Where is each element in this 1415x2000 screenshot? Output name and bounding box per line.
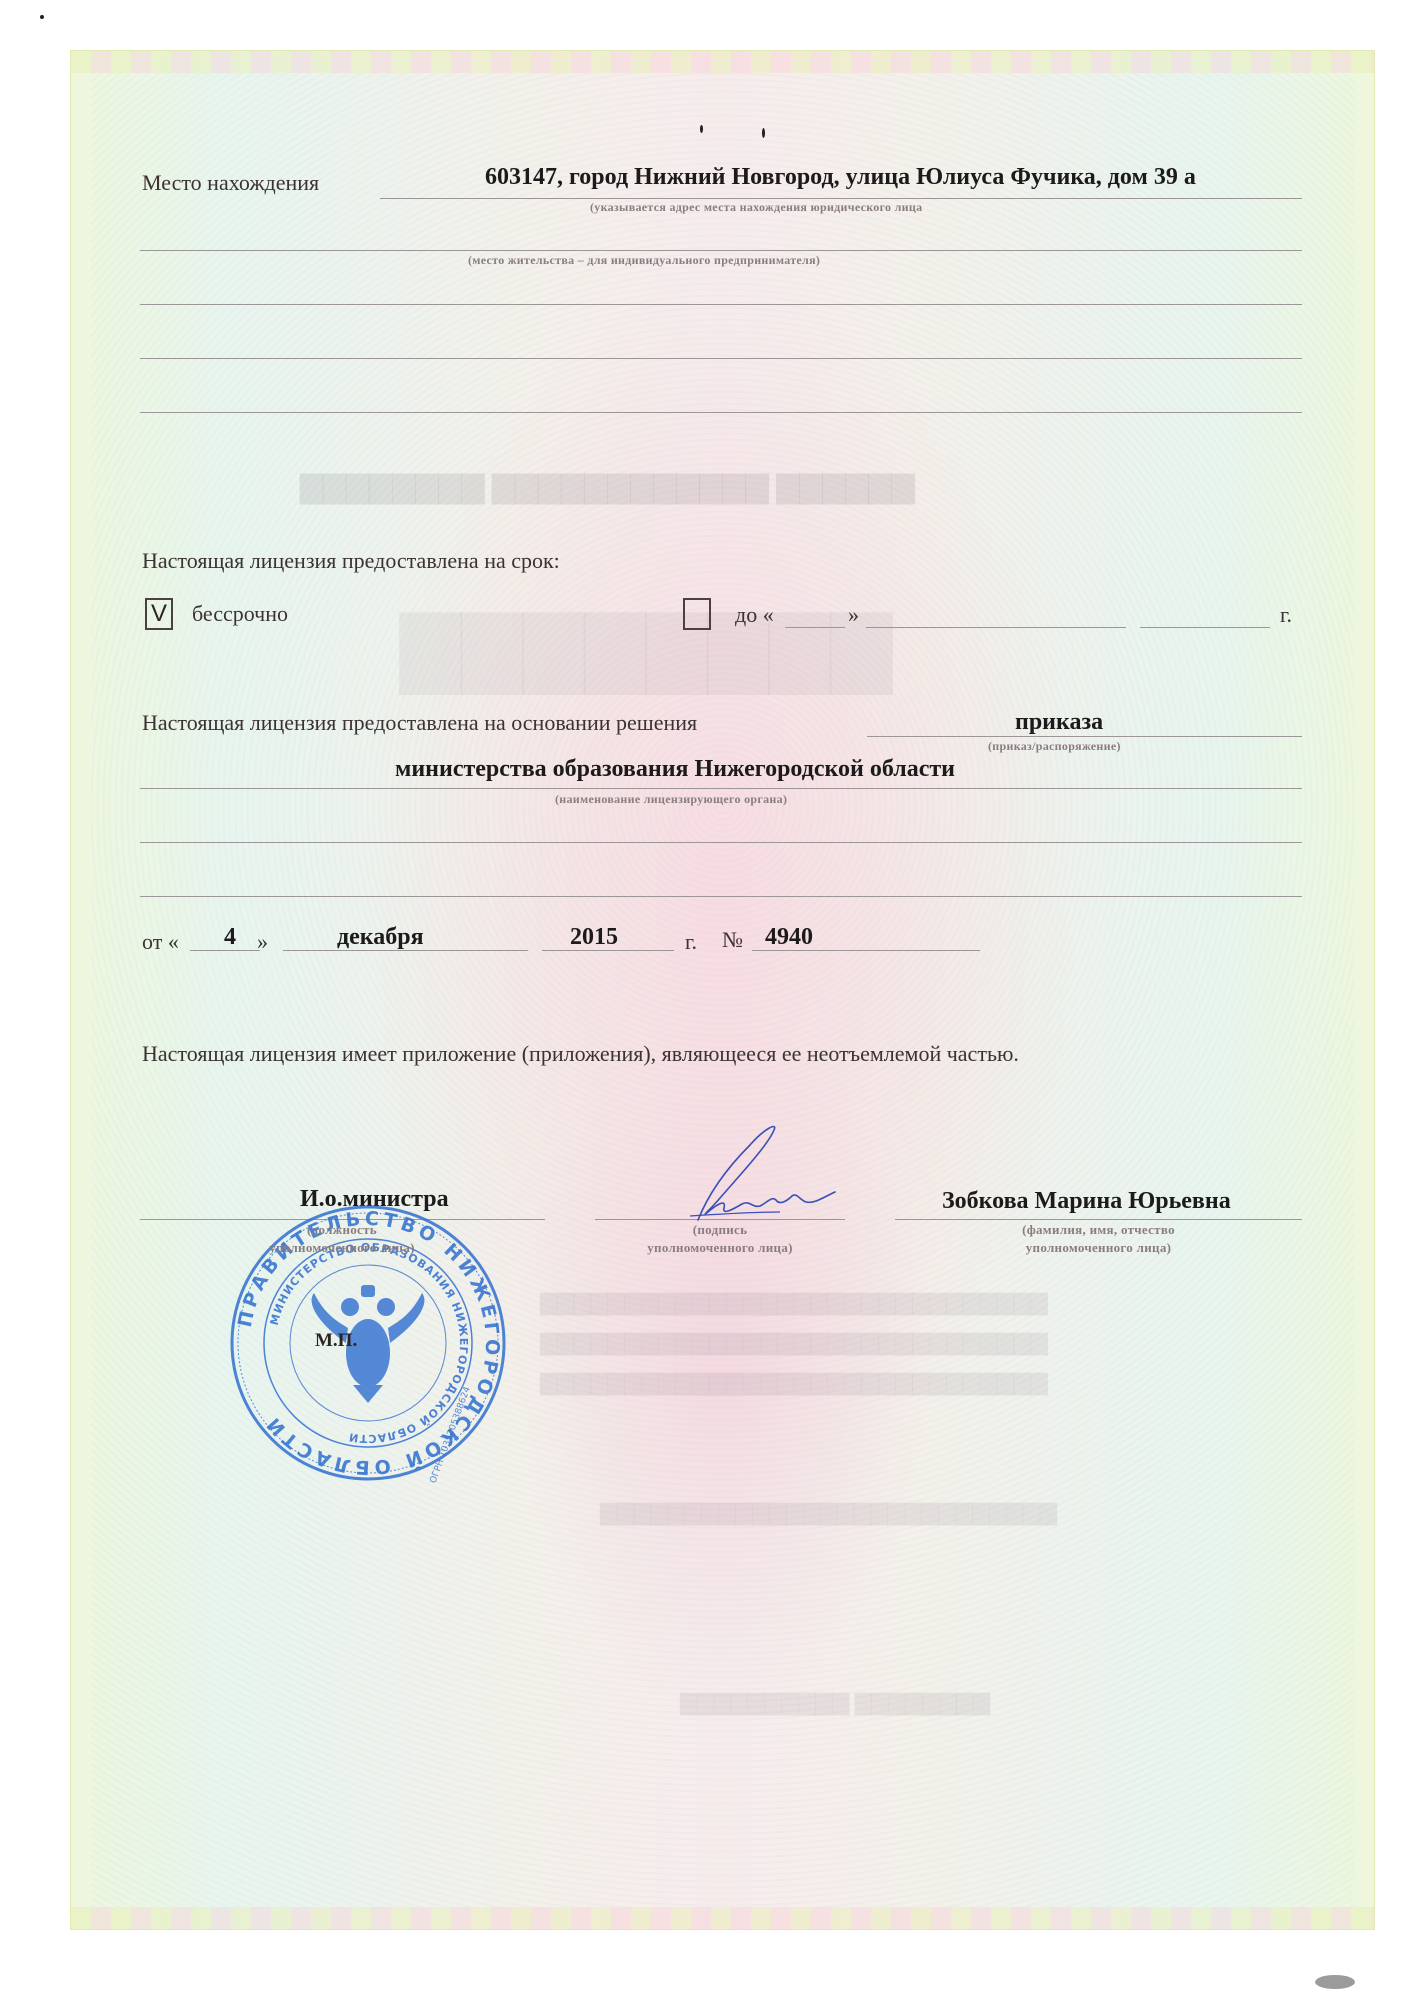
until-month-line	[866, 627, 1126, 628]
name-hint-1: (фамилия, имя, отчество	[895, 1222, 1302, 1238]
address-value: 603147, город Нижний Новгород, улица Юли…	[485, 164, 1196, 191]
until-day-line	[785, 627, 845, 628]
scan-speck	[700, 125, 703, 133]
signatory-name: Зобкова Марина Юрьевна	[942, 1188, 1231, 1215]
address-line	[380, 198, 1302, 199]
check-mark-icon: V	[151, 600, 167, 628]
date-month: декабря	[337, 924, 424, 951]
date-day-line	[190, 950, 260, 951]
security-pattern	[91, 73, 1354, 1907]
order-number: 4940	[765, 924, 813, 951]
indefinite-checkbox[interactable]: V	[145, 598, 173, 630]
blank-line	[140, 358, 1302, 359]
blank-line	[140, 412, 1302, 413]
date-year-suffix: г.	[685, 929, 697, 955]
name-line	[895, 1219, 1302, 1220]
date-day: 4	[224, 924, 236, 951]
signature-hint-2: уполномоченного лица)	[595, 1240, 845, 1256]
basis-label: Настоящая лицензия предоставлена на осно…	[142, 710, 697, 736]
blank-line	[140, 304, 1302, 305]
appendix-note: Настоящая лицензия имеет приложение (при…	[142, 1041, 1019, 1067]
until-checkbox[interactable]	[683, 598, 711, 630]
order-number-line	[752, 950, 980, 951]
date-year-line	[542, 950, 674, 951]
authority-value: министерства образования Нижегородской о…	[395, 756, 955, 783]
date-year: 2015	[570, 924, 618, 951]
stamp-place-label: М.П.	[315, 1330, 357, 1352]
until-suffix: »	[848, 602, 859, 628]
term-label: Настоящая лицензия предоставлена на срок…	[142, 548, 560, 574]
authority-hint: (наименование лицензирующего органа)	[555, 792, 787, 807]
address-hint: (указывается адрес места нахождения юрид…	[590, 200, 922, 215]
decision-type-value: приказа	[1015, 709, 1103, 736]
date-day-close: »	[257, 929, 268, 955]
blank-line	[140, 896, 1302, 897]
scan-speck	[40, 15, 44, 19]
decision-type-hint: (приказ/распоряжение)	[988, 739, 1121, 754]
indefinite-label: бессрочно	[192, 601, 288, 627]
authority-line	[140, 788, 1302, 789]
handwritten-signature	[680, 1120, 840, 1230]
license-sheet	[70, 50, 1375, 1930]
until-year-suffix: г.	[1280, 602, 1292, 628]
date-prefix: от «	[142, 929, 179, 955]
name-hint-2: уполномоченного лица)	[895, 1240, 1302, 1256]
position-hint-2: уполномоченного лица)	[242, 1240, 442, 1256]
scan-speck	[1315, 1975, 1355, 1989]
address-label: Место нахождения	[142, 170, 319, 196]
until-prefix: до «	[735, 602, 774, 628]
number-sign: №	[722, 927, 743, 953]
position-hint-1: (должность	[242, 1222, 442, 1238]
decision-type-line	[867, 736, 1302, 737]
scan-speck	[762, 128, 765, 138]
date-month-line	[283, 950, 528, 951]
residence-hint: (место жительства – для индивидуального …	[468, 253, 820, 268]
address-line-2	[140, 250, 1302, 251]
blank-line	[140, 842, 1302, 843]
until-year-line	[1140, 627, 1270, 628]
